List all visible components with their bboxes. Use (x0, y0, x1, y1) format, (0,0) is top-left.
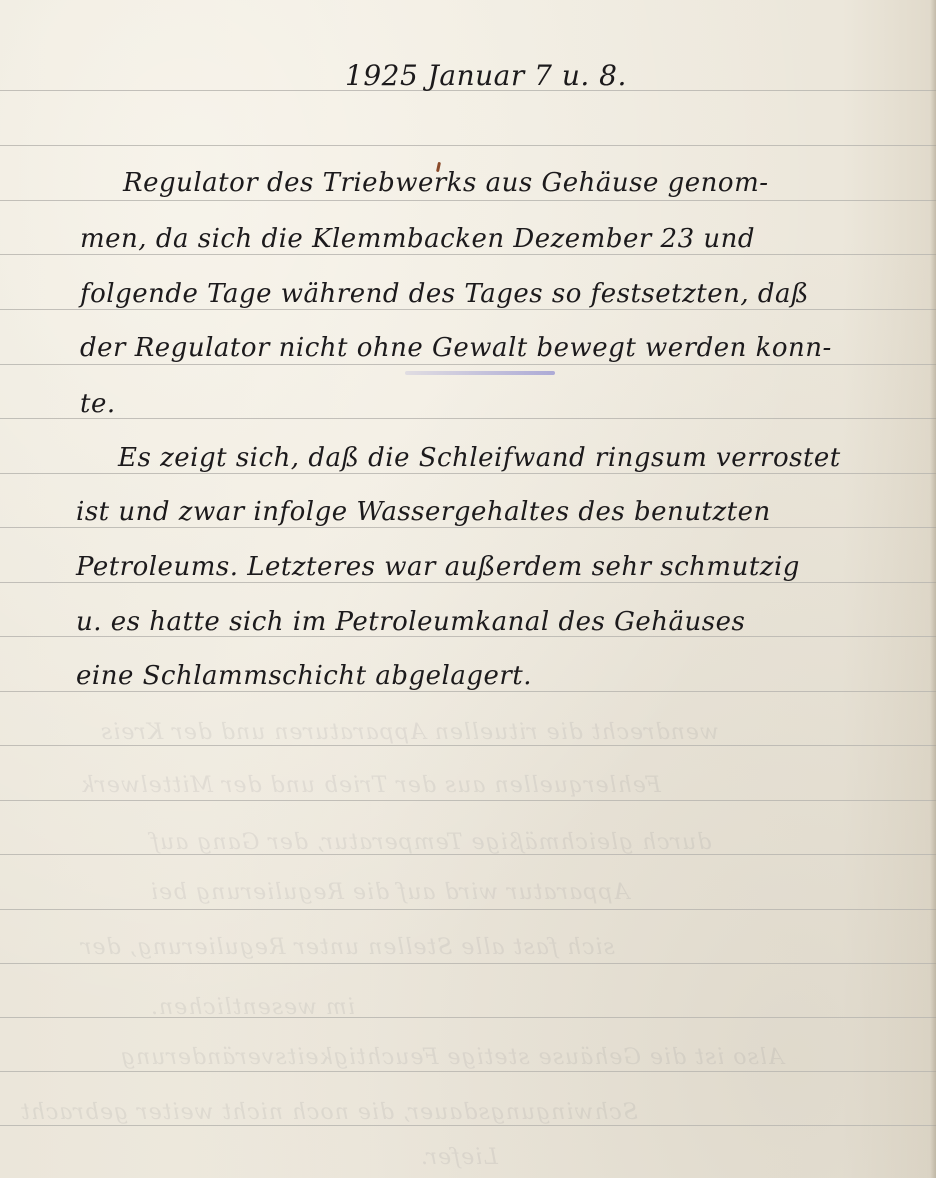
journal-page: wendrecht die rituellen Apparaturen und … (0, 0, 936, 1178)
text-line: eine Schlammschicht abgelagert. (76, 663, 532, 689)
text-line: u. es hatte sich im Petroleumkanal des G… (76, 609, 745, 635)
text-line: folgende Tage während des Tages so fests… (80, 281, 809, 307)
text-line: men, da sich die Klemmbacken Dezember 23… (80, 226, 755, 252)
text-line: Es zeigt sich, daß die Schleifwand rings… (118, 445, 841, 471)
text-line: ist und zwar infolge Wassergehaltes des … (76, 499, 771, 525)
entry-date-title: 1925 Januar 7 u. 8. (345, 62, 627, 90)
handwritten-content: 1925 Januar 7 u. 8. Regulator des Triebw… (0, 0, 936, 1178)
text-line: der Regulator nicht ohne Gewalt bewegt w… (80, 335, 832, 361)
text-line: Petroleums. Letzteres war außerdem sehr … (76, 554, 800, 580)
text-line: Regulator des Triebwerks aus Gehäuse gen… (123, 170, 769, 196)
page-edge-shadow (930, 0, 936, 1178)
text-line: te. (80, 391, 116, 417)
